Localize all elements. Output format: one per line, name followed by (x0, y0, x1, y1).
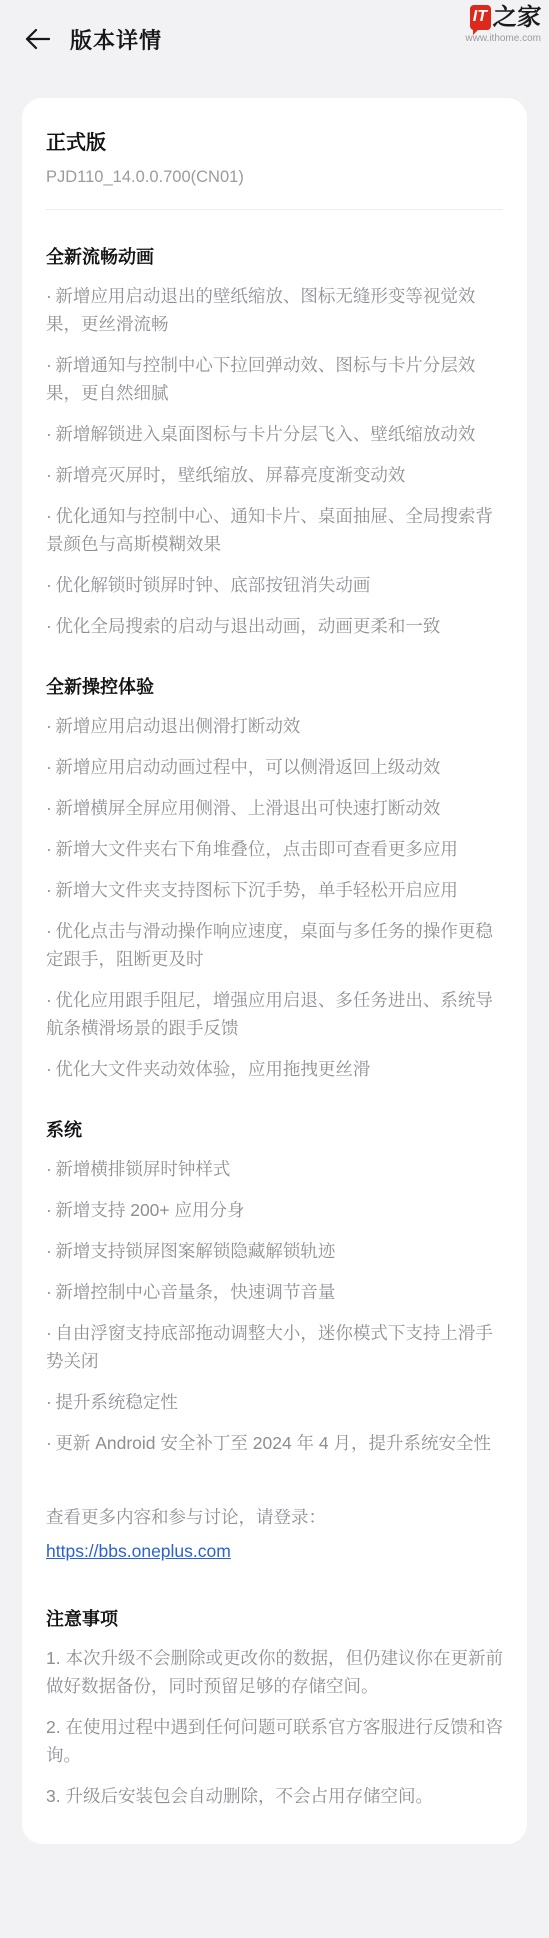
changelog-item: 新增大文件夹右下角堆叠位，点击即可查看更多应用 (46, 835, 503, 863)
note-item: 2. 在使用过程中遇到任何问题可联系官方客服进行反馈和咨询。 (46, 1713, 503, 1769)
back-button[interactable] (22, 24, 52, 54)
version-detail-card: 正式版 PJD110_14.0.0.700(CN01) 全新流畅动画 新增应用启… (22, 98, 527, 1844)
changelog-item: 新增大文件夹支持图标下沉手势，单手轻松开启应用 (46, 876, 503, 904)
section-heading-system: 系统 (46, 1116, 503, 1142)
ithome-logo-script: 之家 (492, 5, 542, 29)
changelog-item: 优化解锁时锁屏时钟、底部按钮消失动画 (46, 571, 503, 599)
section-heading-control: 全新操控体验 (46, 673, 503, 699)
changelog-item: 新增横屏全屏应用侧滑、上滑退出可快速打断动效 (46, 794, 503, 822)
changelog-item: 新增通知与控制中心下拉回弹动效、图标与卡片分层效果，更自然细腻 (46, 351, 503, 407)
ithome-logo-icon: IT (470, 5, 491, 30)
changelog-item: 自由浮窗支持底部拖动调整大小，迷你模式下支持上滑手势关闭 (46, 1319, 503, 1375)
changelog-item: 新增控制中心音量条，快速调节音量 (46, 1278, 503, 1306)
changelog-item: 优化大文件夹动效体验，应用拖拽更丝滑 (46, 1055, 503, 1083)
changelog-item: 更新 Android 安全补丁至 2024 年 4 月，提升系统安全性 (46, 1429, 503, 1457)
note-item: 1. 本次升级不会删除或更改你的数据，但仍建议你在更新前做好数据备份，同时预留足… (46, 1644, 503, 1700)
app-bar: 版本详情 IT 之家 www.ithome.com (0, 0, 549, 58)
changelog-item: 新增横排锁屏时钟样式 (46, 1155, 503, 1183)
changelog-item: 优化应用跟手阻尼，增强应用启退、多任务进出、系统导航条横滑场景的跟手反馈 (46, 986, 503, 1042)
changelog-item: 新增应用启动动画过程中，可以侧滑返回上级动效 (46, 753, 503, 781)
section-system-list: 新增横排锁屏时钟样式新增支持 200+ 应用分身新增支持锁屏图案解锁隐藏解锁轨迹… (46, 1155, 503, 1457)
more-info-text: 查看更多内容和参与讨论，请登录： (46, 1503, 503, 1531)
note-item: 3. 升级后安装包会自动删除，不会占用存储空间。 (46, 1782, 503, 1810)
section-control-list: 新增应用启动退出侧滑打断动效新增应用启动动画过程中，可以侧滑返回上级动效新增横屏… (46, 712, 503, 1083)
ithome-watermark: IT 之家 www.ithome.com (465, 5, 541, 44)
changelog-item: 新增应用启动退出的壁纸缩放、图标无缝形变等视觉效果，更丝滑流畅 (46, 282, 503, 338)
forum-link[interactable]: https://bbs.oneplus.com (46, 1537, 231, 1565)
page-title: 版本详情 (70, 24, 162, 55)
notes-list: 1. 本次升级不会删除或更改你的数据，但仍建议你在更新前做好数据备份，同时预留足… (46, 1644, 503, 1810)
release-channel-title: 正式版 (46, 126, 503, 155)
more-info-block: 查看更多内容和参与讨论，请登录： https://bbs.oneplus.com (46, 1503, 503, 1565)
changelog-item: 新增支持锁屏图案解锁隐藏解锁轨迹 (46, 1237, 503, 1265)
changelog-item: 优化全局搜索的启动与退出动画，动画更柔和一致 (46, 612, 503, 640)
changelog-item: 提升系统稳定性 (46, 1388, 503, 1416)
section-animation-list: 新增应用启动退出的壁纸缩放、图标无缝形变等视觉效果，更丝滑流畅新增通知与控制中心… (46, 282, 503, 640)
changelog-item: 新增亮灭屏时，壁纸缩放、屏幕亮度渐变动效 (46, 461, 503, 489)
version-number: PJD110_14.0.0.700(CN01) (46, 168, 503, 187)
changelog-item: 新增支持 200+ 应用分身 (46, 1196, 503, 1224)
section-heading-notes: 注意事项 (46, 1605, 503, 1631)
changelog-item: 优化通知与控制中心、通知卡片、桌面抽屉、全局搜索背景颜色与高斯模糊效果 (46, 502, 503, 558)
divider (46, 209, 503, 210)
back-arrow-icon (24, 28, 50, 50)
section-heading-animation: 全新流畅动画 (46, 243, 503, 269)
changelog-item: 新增解锁进入桌面图标与卡片分层飞入、壁纸缩放动效 (46, 420, 503, 448)
changelog-item: 新增应用启动退出侧滑打断动效 (46, 712, 503, 740)
changelog-item: 优化点击与滑动操作响应速度，桌面与多任务的操作更稳定跟手，阻断更及时 (46, 917, 503, 973)
